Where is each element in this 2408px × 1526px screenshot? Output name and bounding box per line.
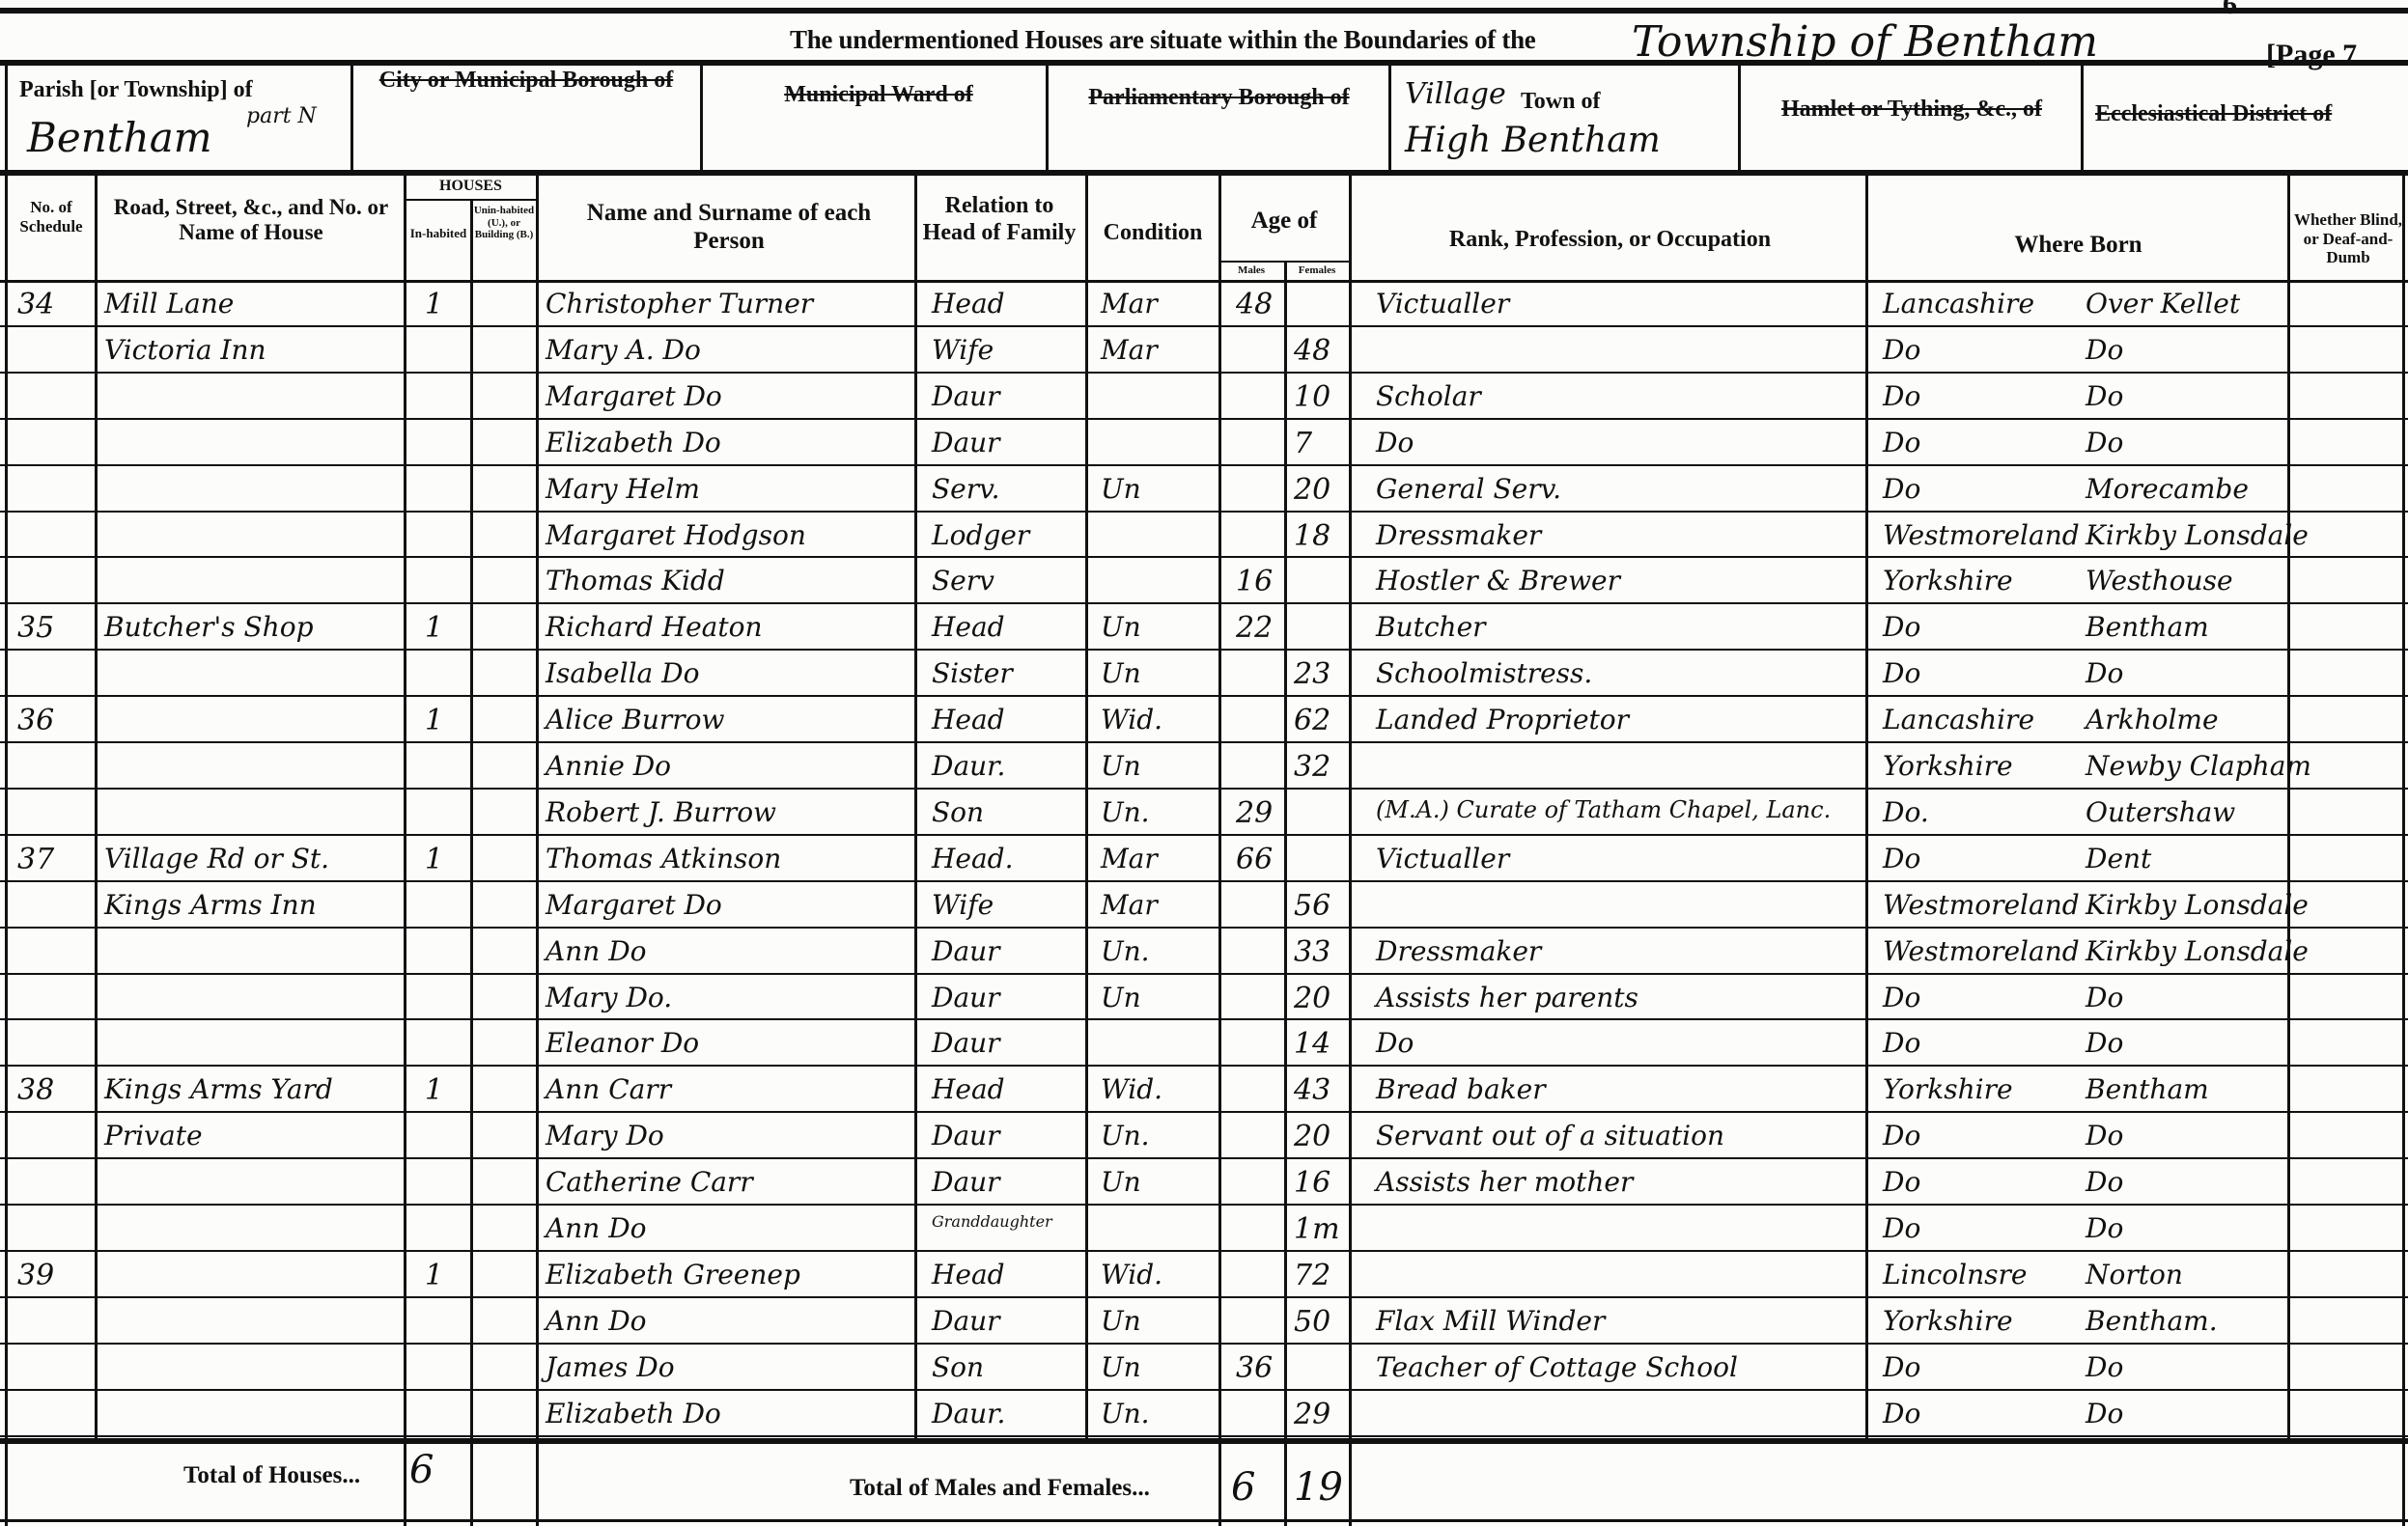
row-rule bbox=[0, 372, 2408, 374]
cell-male-age: 16 bbox=[1236, 565, 1273, 598]
cell-name: Robert J. Burrow bbox=[546, 796, 776, 828]
rule-top bbox=[0, 8, 2408, 14]
cell-condition: Un. bbox=[1101, 935, 1150, 967]
area-ecclesiastical-label: Ecclesiastical District of bbox=[2095, 101, 2404, 127]
cell-female-age: 10 bbox=[1294, 380, 1330, 414]
rule-totals bbox=[0, 1438, 2408, 1444]
cell-inhabited: 1 bbox=[425, 288, 443, 321]
cell-born-county: Lancashire bbox=[1883, 704, 2034, 735]
cell-male-age: 22 bbox=[1236, 611, 1273, 645]
total-males-value: 6 bbox=[1231, 1465, 1255, 1510]
border-left bbox=[5, 60, 8, 1526]
cell-female-age: 1m bbox=[1294, 1212, 1340, 1246]
cell-name: Christopher Turner bbox=[546, 288, 813, 319]
rule-area-bottom bbox=[0, 170, 2408, 176]
cell-female-age: 23 bbox=[1294, 657, 1330, 691]
cell-born-place: Morecambe bbox=[2086, 473, 2249, 505]
cell-born-place: Do bbox=[2086, 1120, 2123, 1151]
cell-male-age: 66 bbox=[1236, 843, 1273, 876]
cell-relation: Head bbox=[932, 704, 1005, 735]
cell-condition: Wid. bbox=[1101, 704, 1162, 735]
cell-occupation: (M.A.) Curate of Tatham Chapel, Lanc. bbox=[1376, 796, 1831, 823]
cell-born-place: Bentham bbox=[2086, 1073, 2209, 1105]
cell-condition: Un bbox=[1101, 982, 1141, 1013]
cell-relation: Daur bbox=[932, 1027, 1000, 1059]
cell-female-age: 20 bbox=[1294, 982, 1330, 1015]
cell-relation: Daur. bbox=[932, 750, 1005, 782]
col-line bbox=[1284, 261, 1287, 1526]
cell-born-county: Do bbox=[1883, 473, 1920, 505]
col-header-road: Road, Street, &c., and No. or Name of Ho… bbox=[106, 195, 396, 246]
cell-born-county: Do bbox=[1883, 1398, 1920, 1429]
cell-name: Isabella Do bbox=[546, 657, 699, 689]
cell-name: Ann Do bbox=[546, 1305, 647, 1337]
cell-born-place: Do bbox=[2086, 982, 2123, 1013]
cell-condition: Un bbox=[1101, 1351, 1141, 1383]
cell-condition: Mar bbox=[1101, 288, 1158, 319]
row-rule bbox=[0, 1065, 2408, 1067]
row-rule bbox=[0, 1157, 2408, 1159]
cell-born-place: Do bbox=[2086, 1212, 2123, 1244]
row-rule bbox=[0, 418, 2408, 420]
row-rule bbox=[0, 464, 2408, 466]
cell-schedule: 37 bbox=[17, 843, 54, 876]
cell-schedule: 34 bbox=[17, 288, 54, 321]
cell-condition: Wid. bbox=[1101, 1259, 1162, 1290]
row-rule bbox=[0, 511, 2408, 513]
cell-name: Margaret Do bbox=[546, 380, 722, 412]
col-header-condition: Condition bbox=[1089, 220, 1217, 247]
cell-relation: Daur bbox=[932, 1166, 1000, 1198]
cell-female-age: 33 bbox=[1294, 935, 1330, 969]
cell-born-place: Bentham bbox=[2086, 611, 2209, 643]
cell-born-county: Do bbox=[1883, 1212, 1920, 1244]
cell-born-place: Do bbox=[2086, 1027, 2123, 1059]
cell-female-age: 56 bbox=[1294, 889, 1330, 923]
cell-condition: Un bbox=[1101, 657, 1141, 689]
cell-relation: Head bbox=[932, 1073, 1005, 1105]
cell-occupation: Assists her parents bbox=[1376, 982, 1638, 1013]
cell-name: Ann Do bbox=[546, 935, 647, 967]
cell-occupation: Victualler bbox=[1376, 843, 1509, 874]
cell-condition: Mar bbox=[1101, 334, 1158, 366]
cell-condition: Mar bbox=[1101, 843, 1158, 874]
area-divider bbox=[350, 60, 353, 170]
cell-born-county: Westmoreland bbox=[1883, 519, 2080, 551]
row-rule bbox=[0, 1435, 2408, 1437]
cell-relation: Daur bbox=[932, 1305, 1000, 1337]
row-rule bbox=[0, 880, 2408, 882]
cell-road: Mill Lane bbox=[104, 288, 234, 319]
cell-born-county: Do bbox=[1883, 1027, 1920, 1059]
cell-relation: Granddaughter bbox=[932, 1212, 1052, 1231]
area-borough-label: City or Municipal Borough of bbox=[367, 68, 686, 94]
cell-condition: Un bbox=[1101, 750, 1141, 782]
cell-name: James Do bbox=[546, 1351, 675, 1383]
cell-born-place: Arkholme bbox=[2086, 704, 2219, 735]
row-rule bbox=[0, 325, 2408, 327]
cell-female-age: 62 bbox=[1294, 704, 1330, 737]
cell-relation: Son bbox=[932, 1351, 984, 1383]
rule-area-top bbox=[0, 60, 2408, 66]
row-rule bbox=[0, 556, 2408, 558]
cell-name: Mary Helm bbox=[546, 473, 700, 505]
cell-condition: Un. bbox=[1101, 1120, 1150, 1151]
cell-female-age: 14 bbox=[1294, 1027, 1330, 1061]
cell-occupation: Landed Proprietor bbox=[1376, 704, 1629, 735]
cell-condition: Un bbox=[1101, 1305, 1141, 1337]
cell-occupation: Dressmaker bbox=[1376, 935, 1541, 967]
col-header-blind-deaf: Whether Blind, or Deaf-and-Dumb bbox=[2290, 210, 2406, 267]
col-header-age: Age of bbox=[1220, 208, 1348, 236]
total-houses-value: 6 bbox=[409, 1448, 434, 1492]
row-rule bbox=[0, 695, 2408, 697]
cell-schedule: 36 bbox=[17, 704, 54, 737]
cell-born-county: Yorkshire bbox=[1883, 1305, 2013, 1337]
cell-name: Margaret Do bbox=[546, 889, 722, 921]
col-header-males: Males bbox=[1220, 264, 1282, 277]
cell-relation: Daur bbox=[932, 380, 1000, 412]
cell-male-age: 48 bbox=[1236, 288, 1273, 321]
cell-female-age: 7 bbox=[1294, 427, 1312, 460]
row-rule bbox=[0, 1389, 2408, 1391]
cell-occupation: Butcher bbox=[1376, 611, 1486, 643]
row-rule bbox=[0, 1018, 2408, 1020]
cell-born-place: Newby Clapham bbox=[2086, 750, 2311, 782]
cell-born-place: Do bbox=[2086, 427, 2123, 458]
cell-inhabited: 1 bbox=[425, 1259, 443, 1292]
cell-schedule: 39 bbox=[17, 1259, 54, 1292]
col-header-inhabited: In-habited bbox=[407, 227, 469, 241]
cell-name: Richard Heaton bbox=[546, 611, 762, 643]
cell-male-age: 36 bbox=[1236, 1351, 1273, 1385]
cell-born-county: Do. bbox=[1883, 796, 1929, 828]
cell-occupation: Schoolmistress. bbox=[1376, 657, 1592, 689]
col-header-uninhabited: Unin-habited (U.), or Building (B.) bbox=[473, 205, 535, 241]
cell-born-place: Do bbox=[2086, 1351, 2123, 1383]
cell-relation: Serv. bbox=[932, 473, 1000, 505]
census-page: 6 The undermentioned Houses are situate … bbox=[0, 0, 2408, 1526]
cell-female-age: 16 bbox=[1294, 1166, 1330, 1200]
cell-born-place: Kirkby Lonsdale bbox=[2086, 935, 2309, 967]
cell-name: Mary Do bbox=[546, 1120, 664, 1151]
header-text: The undermentioned Houses are situate wi… bbox=[790, 25, 1536, 55]
cell-born-place: Westhouse bbox=[2086, 565, 2233, 597]
cell-born-place: Bentham. bbox=[2086, 1305, 2218, 1337]
cell-born-place: Outershaw bbox=[2086, 796, 2235, 828]
total-persons-label: Total of Males and Females... bbox=[850, 1475, 1150, 1502]
cell-occupation: General Serv. bbox=[1376, 473, 1561, 505]
row-rule bbox=[0, 649, 2408, 651]
cell-female-age: 50 bbox=[1294, 1305, 1330, 1339]
cell-name: Mary Do. bbox=[546, 982, 672, 1013]
cell-born-county: Do bbox=[1883, 380, 1920, 412]
cell-female-age: 20 bbox=[1294, 473, 1330, 507]
cell-name: Mary A. Do bbox=[546, 334, 701, 366]
cell-schedule: 35 bbox=[17, 611, 54, 645]
cell-relation: Daur bbox=[932, 935, 1000, 967]
cell-female-age: 29 bbox=[1294, 1398, 1330, 1431]
area-town-label: Town of bbox=[1521, 89, 1600, 115]
cell-relation: Head bbox=[932, 1259, 1005, 1290]
cell-inhabited: 1 bbox=[425, 611, 443, 645]
cell-relation: Wife bbox=[932, 889, 994, 921]
cell-road: Private bbox=[104, 1120, 203, 1151]
cell-born-place: Kirkby Lonsdale bbox=[2086, 889, 2309, 921]
cell-relation: Wife bbox=[932, 334, 994, 366]
area-parish-note: part N bbox=[246, 104, 317, 128]
page-number: [Page 7 bbox=[2266, 39, 2357, 71]
cell-relation: Head bbox=[932, 611, 1005, 643]
area-parliamentary-label: Parliamentary Borough of bbox=[1057, 85, 1381, 111]
cell-name: Eleanor Do bbox=[546, 1027, 699, 1059]
cell-inhabited: 1 bbox=[425, 843, 443, 876]
cell-born-county: Westmoreland bbox=[1883, 935, 2080, 967]
cell-name: Catherine Carr bbox=[546, 1166, 753, 1198]
rule-header-bottom bbox=[0, 280, 2408, 283]
row-rule bbox=[0, 927, 2408, 929]
cell-condition: Un bbox=[1101, 611, 1141, 643]
cell-occupation: Teacher of Cottage School bbox=[1376, 1351, 1738, 1383]
cell-name: Ann Do bbox=[546, 1212, 647, 1244]
rule-bottom bbox=[0, 1519, 2408, 1522]
cell-road: Butcher's Shop bbox=[104, 611, 314, 643]
row-rule bbox=[0, 788, 2408, 790]
cell-born-place: Do bbox=[2086, 334, 2123, 366]
area-divider bbox=[2081, 60, 2084, 170]
area-town-value: High Bentham bbox=[1405, 121, 1661, 160]
cell-relation: Daur bbox=[932, 1120, 1000, 1151]
cell-born-place: Dent bbox=[2086, 843, 2151, 874]
cell-name: Margaret Hodgson bbox=[546, 519, 806, 551]
cell-condition: Un. bbox=[1101, 796, 1150, 828]
cell-born-county: Yorkshire bbox=[1883, 1073, 2013, 1105]
cell-born-county: Westmoreland bbox=[1883, 889, 2080, 921]
row-rule bbox=[0, 1343, 2408, 1345]
cell-born-county: Yorkshire bbox=[1883, 750, 2013, 782]
area-parish-value: Bentham bbox=[27, 114, 212, 161]
cell-relation: Head. bbox=[932, 843, 1014, 874]
cell-born-place: Do bbox=[2086, 657, 2123, 689]
cell-female-age: 32 bbox=[1294, 750, 1330, 784]
area-divider bbox=[1738, 60, 1741, 170]
cell-occupation: Servant out of a situation bbox=[1376, 1120, 1724, 1151]
area-parish-label: Parish [or Township] of bbox=[19, 77, 338, 103]
cell-relation: Serv bbox=[932, 565, 994, 597]
cell-born-county: Lancashire bbox=[1883, 288, 2034, 319]
row-rule bbox=[0, 1250, 2408, 1252]
cell-condition: Mar bbox=[1101, 889, 1158, 921]
cell-relation: Sister bbox=[932, 657, 1013, 689]
cell-name: Alice Burrow bbox=[546, 704, 725, 735]
cell-condition: Wid. bbox=[1101, 1073, 1162, 1105]
col-header-schedule: No. of Schedule bbox=[8, 198, 95, 236]
cell-schedule: 38 bbox=[17, 1073, 54, 1107]
cell-name: Ann Carr bbox=[546, 1073, 671, 1105]
cell-born-place: Over Kellet bbox=[2086, 288, 2240, 319]
total-houses-label: Total of Houses... bbox=[183, 1462, 360, 1489]
cell-occupation: Do bbox=[1376, 427, 1414, 458]
col-header-females: Females bbox=[1286, 264, 1348, 277]
col-line bbox=[470, 199, 473, 1526]
cell-occupation: Bread baker bbox=[1376, 1073, 1546, 1105]
col-header-where-born: Where Born bbox=[1873, 232, 2283, 260]
cell-relation: Daur bbox=[932, 982, 1000, 1013]
area-divider bbox=[700, 60, 703, 170]
cell-female-age: 48 bbox=[1294, 334, 1330, 368]
cell-relation: Daur bbox=[932, 427, 1000, 458]
cell-condition: Un bbox=[1101, 473, 1141, 505]
col-header-relation: Relation to Head of Family bbox=[917, 193, 1081, 246]
cell-name: Thomas Kidd bbox=[546, 565, 725, 597]
cell-road: Victoria Inn bbox=[104, 334, 266, 366]
cell-born-county: Do bbox=[1883, 427, 1920, 458]
cell-born-county: Do bbox=[1883, 843, 1920, 874]
cell-female-age: 20 bbox=[1294, 1120, 1330, 1153]
cell-occupation: Dressmaker bbox=[1376, 519, 1541, 551]
cell-name: Elizabeth Do bbox=[546, 427, 721, 458]
cell-road: Village Rd or St. bbox=[104, 843, 329, 874]
cell-relation: Head bbox=[932, 288, 1005, 319]
cell-born-place: Do bbox=[2086, 380, 2123, 412]
cell-road: Kings Arms Inn bbox=[104, 889, 317, 921]
cell-born-county: Do bbox=[1883, 982, 1920, 1013]
cell-born-place: Kirkby Lonsdale bbox=[2086, 519, 2309, 551]
col-header-name: Name and Surname of each Person bbox=[550, 200, 908, 256]
cell-condition: Un bbox=[1101, 1166, 1141, 1198]
cell-male-age: 29 bbox=[1236, 796, 1273, 830]
cell-condition: Un. bbox=[1101, 1398, 1150, 1429]
cell-road: Kings Arms Yard bbox=[104, 1073, 333, 1105]
cell-relation: Lodger bbox=[932, 519, 1029, 551]
area-divider bbox=[1388, 60, 1391, 170]
cell-inhabited: 1 bbox=[425, 1073, 443, 1107]
total-females-value: 19 bbox=[1294, 1465, 1343, 1510]
cell-born-county: Do bbox=[1883, 657, 1920, 689]
cell-inhabited: 1 bbox=[425, 704, 443, 737]
cell-born-county: Do bbox=[1883, 1166, 1920, 1198]
cell-relation: Daur. bbox=[932, 1398, 1005, 1429]
cell-born-place: Do bbox=[2086, 1398, 2123, 1429]
row-rule bbox=[0, 602, 2408, 604]
area-hamlet-label: Hamlet or Tything, &c., of bbox=[1752, 97, 2071, 123]
col-header-houses: HOUSES bbox=[406, 178, 536, 195]
row-rule bbox=[0, 973, 2408, 975]
cell-born-place: Do bbox=[2086, 1166, 2123, 1198]
cell-female-age: 72 bbox=[1294, 1259, 1330, 1292]
cell-born-place: Norton bbox=[2086, 1259, 2183, 1290]
cell-name: Elizabeth Do bbox=[546, 1398, 721, 1429]
col-header-occupation: Rank, Profession, or Occupation bbox=[1352, 227, 1868, 254]
cell-female-age: 18 bbox=[1294, 519, 1330, 553]
cell-born-county: Do bbox=[1883, 334, 1920, 366]
cell-female-age: 43 bbox=[1294, 1073, 1330, 1107]
area-town-prefix: Village bbox=[1405, 77, 1506, 111]
cell-name: Thomas Atkinson bbox=[546, 843, 781, 874]
area-ward-label: Municipal Ward of bbox=[719, 82, 1038, 108]
row-rule bbox=[0, 834, 2408, 836]
cell-occupation: Scholar bbox=[1376, 380, 1481, 412]
cell-born-county: Do bbox=[1883, 1351, 1920, 1383]
row-rule bbox=[0, 1296, 2408, 1298]
row-rule bbox=[0, 1204, 2408, 1206]
cell-occupation: Do bbox=[1376, 1027, 1414, 1059]
cell-born-county: Do bbox=[1883, 611, 1920, 643]
cell-born-county: Yorkshire bbox=[1883, 565, 2013, 597]
cell-occupation: Assists her mother bbox=[1376, 1166, 1633, 1198]
cell-name: Elizabeth Greenep bbox=[546, 1259, 800, 1290]
cell-born-county: Do bbox=[1883, 1120, 1920, 1151]
row-rule bbox=[0, 741, 2408, 743]
cell-occupation: Flax Mill Winder bbox=[1376, 1305, 1605, 1337]
cell-born-county: Lincolnsre bbox=[1883, 1259, 2027, 1290]
cell-occupation: Victualler bbox=[1376, 288, 1509, 319]
cell-relation: Son bbox=[932, 796, 984, 828]
cell-occupation: Hostler & Brewer bbox=[1376, 565, 1620, 597]
area-divider bbox=[1046, 60, 1049, 170]
cell-name: Annie Do bbox=[546, 750, 671, 782]
row-rule bbox=[0, 1111, 2408, 1113]
